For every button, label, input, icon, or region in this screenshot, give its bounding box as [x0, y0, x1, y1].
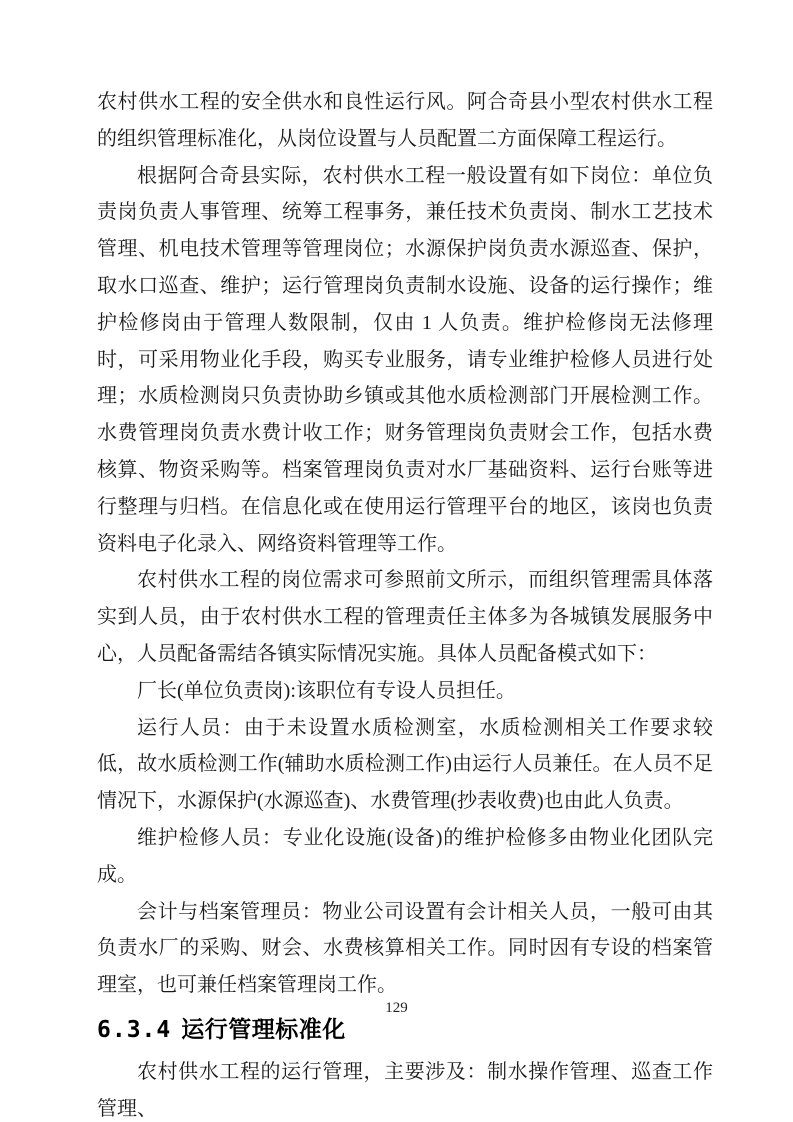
paragraph-3: 农村供水工程的岗位需求可参照前文所示，而组织管理需具体落实到人员，由于农村供水工… [97, 562, 713, 672]
paragraph-4: 厂长(单位负责岗):该职位有专设人员担任。 [97, 673, 713, 710]
paragraph-1: 农村供水工程的安全供水和良性运行风。阿合奇县小型农村供水工程的组织管理标准化，从… [97, 84, 713, 158]
paragraph-6: 维护检修人员：专业化设施(设备)的维护检修多由物业化团队完成。 [97, 820, 713, 894]
document-page: 农村供水工程的安全供水和良性运行风。阿合奇县小型农村供水工程的组织管理标准化，从… [0, 0, 793, 1122]
section-number: 6.3.4 [97, 1017, 171, 1043]
paragraph-2: 根据阿合奇县实际，农村供水工程一般设置有如下岗位：单位负责岗负责人事管理、统筹工… [97, 158, 713, 563]
paragraph-8: 农村供水工程的运行管理，主要涉及：制水操作管理、巡查工作管理、 [97, 1054, 713, 1122]
page-body: 农村供水工程的安全供水和良性运行风。阿合奇县小型农村供水工程的组织管理标准化，从… [97, 84, 713, 1122]
paragraph-7: 会计与档案管理员：物业公司设置有会计相关人员，一般可由其负责水厂的采购、财会、水… [97, 894, 713, 1004]
page-number: 129 [0, 1000, 793, 1017]
paragraph-5: 运行人员：由于未设置水质检测室，水质检测相关工作要求较低，故水质检测工作(辅助水… [97, 710, 713, 820]
section-title: 运行管理标准化 [181, 1016, 346, 1042]
